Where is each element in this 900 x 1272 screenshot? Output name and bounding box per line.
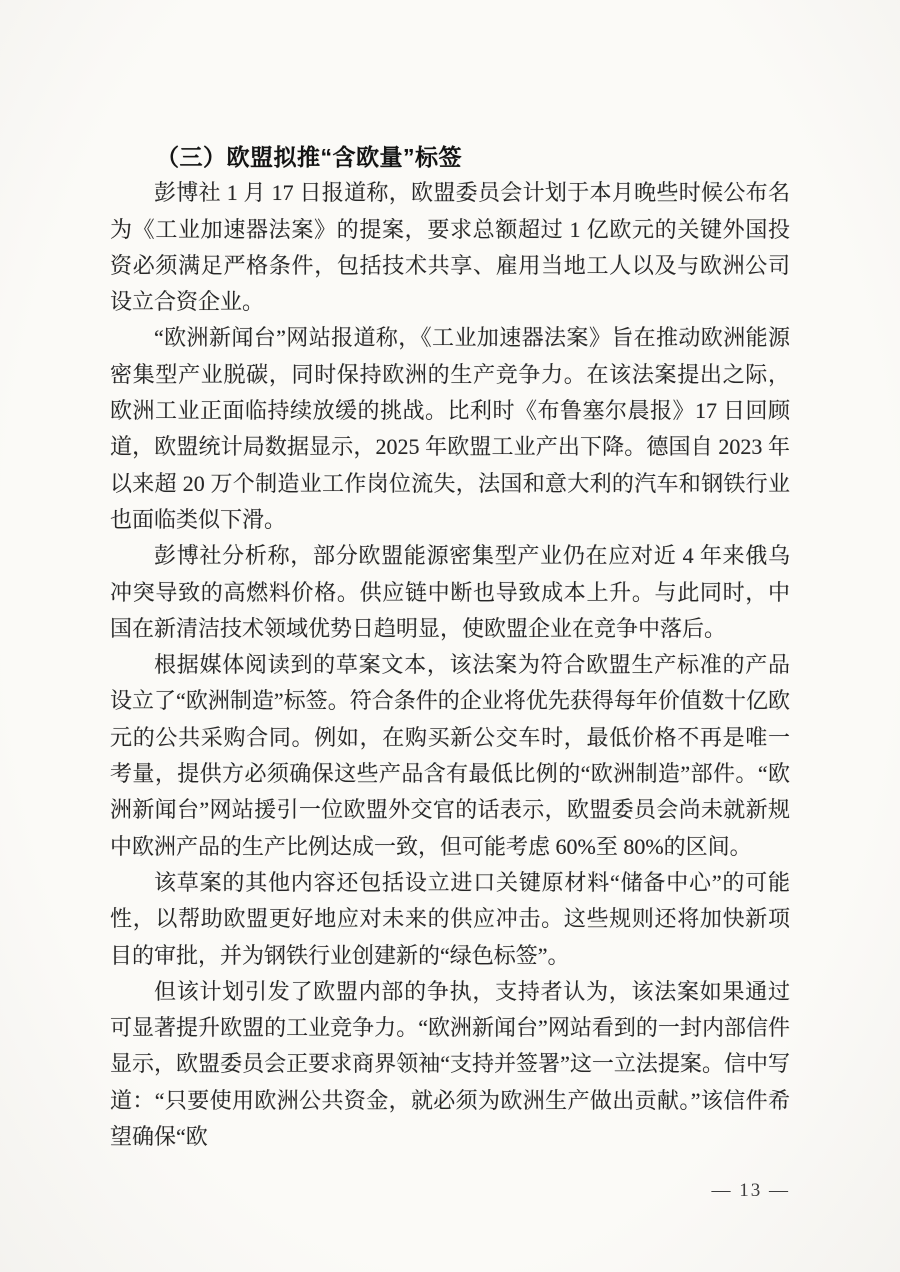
page-number: — 13 — <box>712 1180 791 1202</box>
section-heading: （三）欧盟拟推“含欧量”标签 <box>110 139 790 175</box>
paragraph-2: “欧洲新闻台”网站报道称，《工业加速器法案》旨在推动欧洲能源密集型产业脱碳，同时… <box>110 320 790 538</box>
paragraph-3: 彭博社分析称，部分欧盟能源密集型产业仍在应对近 4 年来俄乌冲突导致的高燃料价格… <box>110 538 790 647</box>
document-page: （三）欧盟拟推“含欧量”标签 彭博社 1 月 17 日报道称，欧盟委员会计划于本… <box>0 0 900 1272</box>
paragraph-5: 该草案的其他内容还包括设立进口关键原材料“储备中心”的可能性，以帮助欧盟更好地应… <box>110 865 790 974</box>
paragraph-6: 但该计划引发了欧盟内部的争执，支持者认为，该法案如果通过可显著提升欧盟的工业竞争… <box>110 974 790 1155</box>
document-body: （三）欧盟拟推“含欧量”标签 彭博社 1 月 17 日报道称，欧盟委员会计划于本… <box>110 139 790 1155</box>
paragraph-1: 彭博社 1 月 17 日报道称，欧盟委员会计划于本月晚些时候公布名为《工业加速器… <box>110 175 790 320</box>
paragraph-4: 根据媒体阅读到的草案文本，该法案为符合欧盟生产标准的产品设立了“欧洲制造”标签。… <box>110 647 790 865</box>
